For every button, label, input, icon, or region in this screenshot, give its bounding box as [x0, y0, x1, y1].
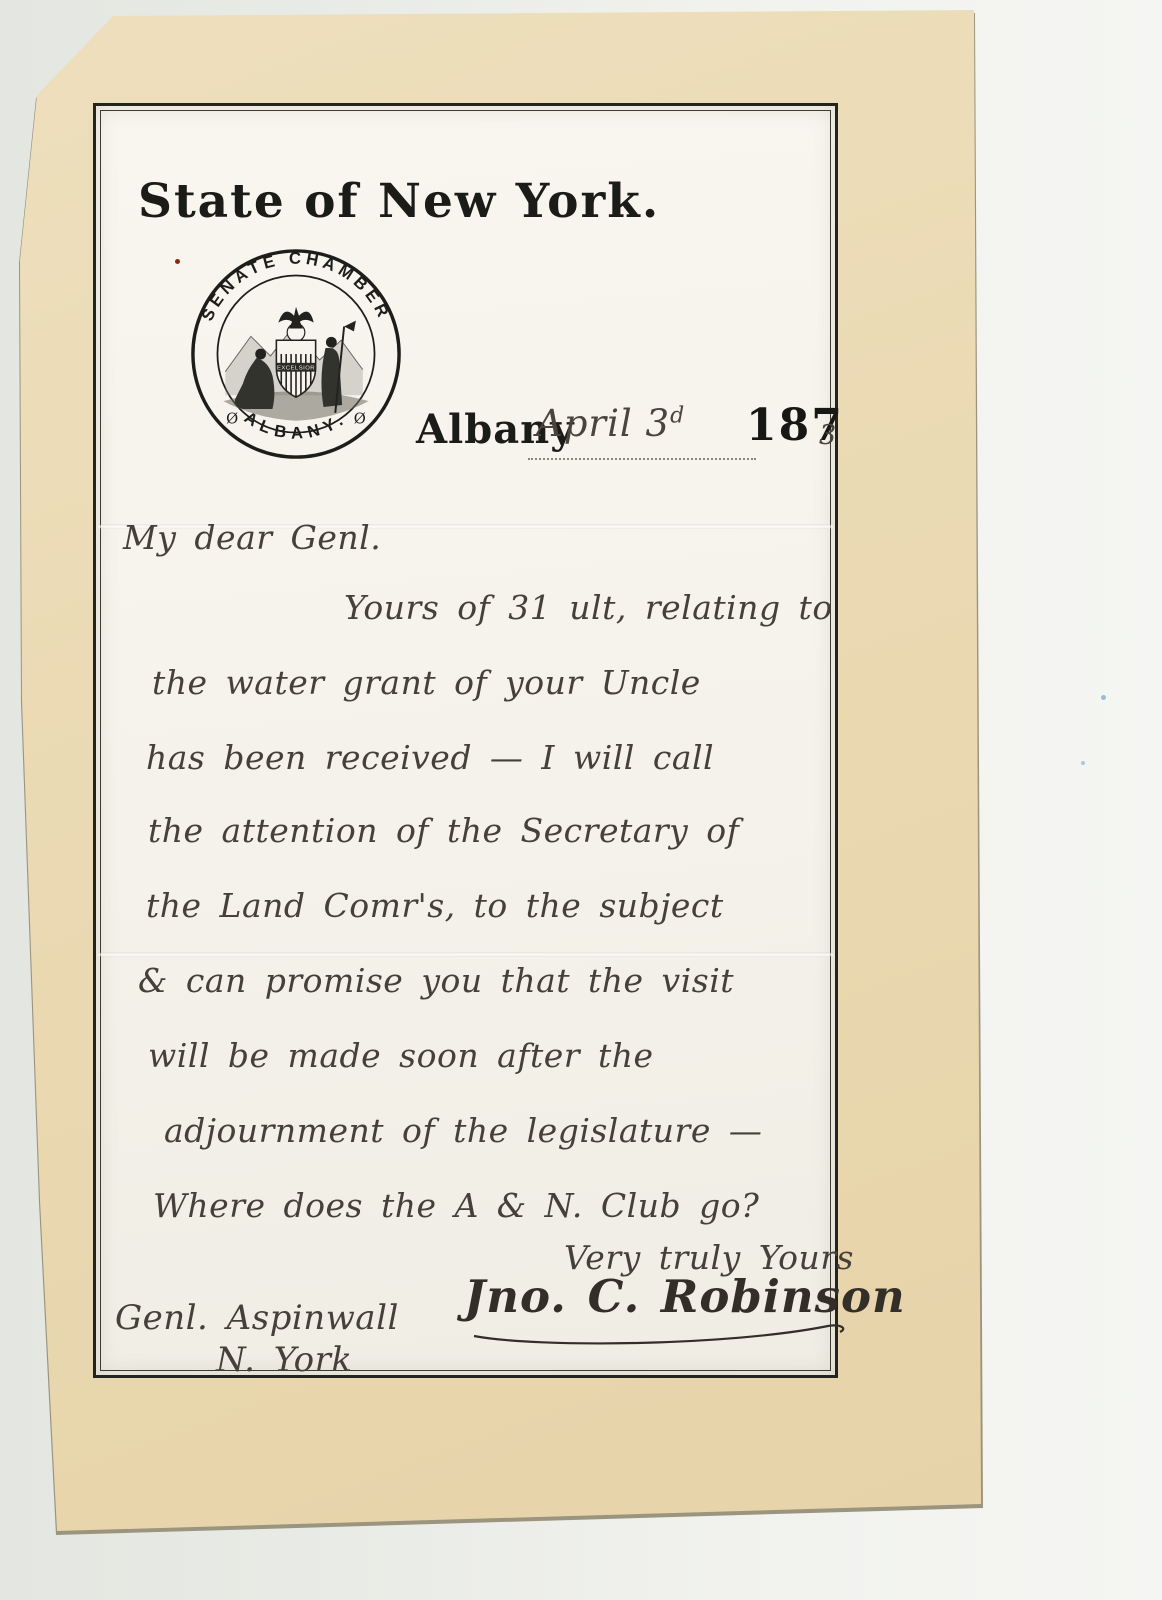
seal-eagle-icon	[278, 307, 313, 329]
body-line: the Land Comr's, to the subject	[146, 886, 724, 925]
date-handwritten: April 3d	[536, 402, 685, 445]
date-rule	[528, 458, 756, 460]
seal-right-ornament-icon: Ø	[354, 411, 366, 428]
signature: Jno. C. Robinson	[464, 1270, 906, 1323]
seal-coat-of-arms: EXCELSIOR	[223, 307, 368, 421]
seal-left-figure	[255, 349, 266, 360]
seal-right-figure	[326, 337, 337, 348]
seal-left-ornament-icon: Ø	[226, 411, 238, 428]
seal-motto: EXCELSIOR	[277, 366, 315, 372]
fold-crease	[98, 952, 833, 957]
year-handwritten-digit: 3	[819, 420, 836, 451]
body-line: Yours of 31 ult, relating to	[344, 588, 833, 627]
signature-flourish	[468, 1318, 868, 1346]
blue-ink-speck	[1101, 695, 1106, 700]
body-line: adjournment of the legislature —	[164, 1111, 762, 1150]
body-line: the water grant of your Uncle	[152, 663, 701, 702]
letter-sheet: State of New York. SENATE CHAMBER ALBANY…	[93, 103, 838, 1378]
body-line: has been received — I will call	[146, 738, 714, 777]
red-ink-speck	[175, 259, 180, 264]
addressee-name: Genl. Aspinwall	[115, 1298, 399, 1338]
body-line: Where does the A & N. Club go?	[153, 1186, 759, 1225]
addressee-place: N. York	[216, 1340, 353, 1380]
body-line: & can promise you that the visit	[138, 961, 734, 1000]
salutation: My dear Genl.	[123, 518, 381, 557]
senate-seal: SENATE CHAMBER ALBANY. Ø Ø	[188, 246, 404, 462]
date-ordinal-suffix: d	[670, 404, 685, 429]
body-line: the attention of the Secretary of	[148, 811, 739, 850]
letterhead-title: State of New York.	[138, 174, 660, 229]
body-line: will be made soon after the	[148, 1036, 654, 1075]
blue-ink-speck	[1081, 761, 1085, 765]
date-day: April 3	[536, 402, 670, 445]
scanned-letter-page: State of New York. SENATE CHAMBER ALBANY…	[0, 0, 1162, 1600]
